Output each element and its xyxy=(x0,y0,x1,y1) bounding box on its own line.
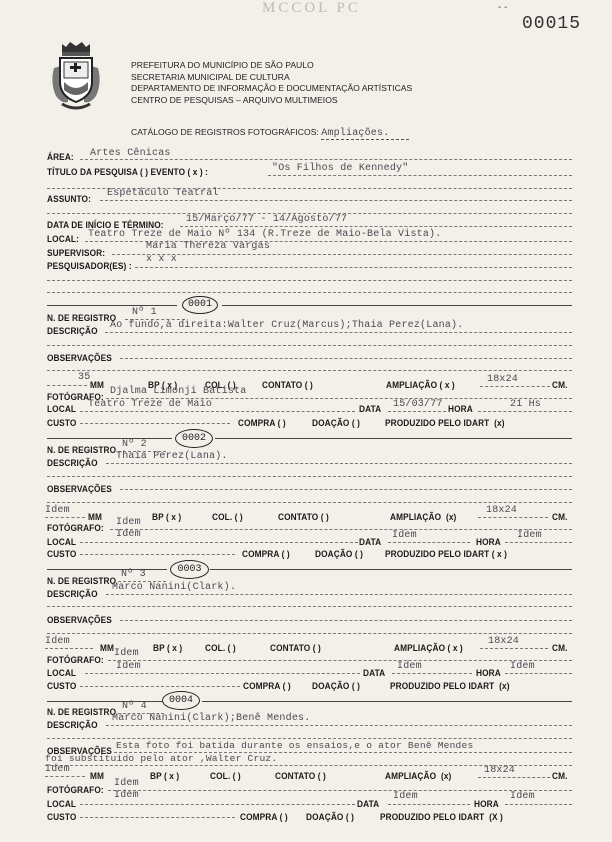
registro-label: N. DE REGISTRO xyxy=(47,576,116,587)
hora-label: HORA xyxy=(474,799,499,810)
local-label: LOCAL: xyxy=(47,234,79,245)
local-label: LOCAL xyxy=(47,537,76,548)
data-value: Idem xyxy=(392,530,417,541)
mm-value: 35 xyxy=(78,372,90,383)
descricao-value: Marco Nanini(Clark). xyxy=(112,582,236,593)
contato-checkbox[interactable]: CONTATO ( ) xyxy=(262,380,313,391)
custo-label: CUSTO xyxy=(47,418,76,429)
observacoes-value-line-2: foi substituido pelo ator ,Walter Cruz. xyxy=(45,753,277,764)
catalog-value: Ampliações. xyxy=(321,128,409,140)
local-value: Teatro Treze de Maio xyxy=(88,399,212,410)
area-value: Artes Cênicas xyxy=(90,148,171,159)
local-label: LOCAL xyxy=(47,404,76,415)
registro-label: N. DE REGISTRO xyxy=(47,313,116,324)
observacoes-label: OBSERVAÇÕES xyxy=(47,484,112,495)
fotografo-value: Idem xyxy=(116,517,141,528)
registro-label: N. DE REGISTRO xyxy=(47,445,116,456)
data-value: 15/03/77 xyxy=(393,399,443,410)
col-checkbox[interactable]: COL. ( ) xyxy=(212,512,243,523)
header-line-3: DEPARTAMENTO DE INFORMAÇÃO E DOCUMENTAÇÃ… xyxy=(131,83,412,95)
fotografo-value: Idem xyxy=(114,778,139,789)
ampliacao-size: 18x24 xyxy=(487,374,518,385)
custo-label: CUSTO xyxy=(47,681,76,692)
produzido-checkbox[interactable]: PRODUZIDO PELO IDART (x) xyxy=(385,418,505,429)
pesquisador-label: PESQUISADOR(ES) : xyxy=(47,261,132,272)
ampliacao-checkbox[interactable]: AMPLIAÇÃO ( x ) xyxy=(386,380,455,391)
header-line-1: PREFEITURA DO MUNICÍPIO DE SÃO PAULO xyxy=(131,60,412,72)
produzido-checkbox[interactable]: PRODUZIDO PELO IDART ( x ) xyxy=(385,549,507,560)
observacoes-label: OBSERVAÇÕES xyxy=(47,615,112,626)
fotografo-value: Idem xyxy=(114,648,139,659)
ampliacao-size: 18x24 xyxy=(486,505,517,516)
data-label: DATA xyxy=(359,537,381,548)
ampliacao-checkbox[interactable]: AMPLIAÇÃO ( x ) xyxy=(394,643,463,654)
doacao-checkbox[interactable]: DOAÇÃO ( ) xyxy=(315,549,363,560)
cm-label: CM. xyxy=(552,512,568,523)
local-value: Idem xyxy=(116,661,141,672)
fotografo-label: FOTÓGRAFO: xyxy=(47,655,104,666)
cm-label: CM. xyxy=(552,380,568,391)
fotografo-label: FOTÓGRAFO: xyxy=(47,523,104,534)
compra-checkbox[interactable]: COMPRA ( ) xyxy=(240,812,288,823)
mm-label: MM xyxy=(90,771,104,782)
hora-value: 21 Hs xyxy=(510,399,541,410)
supervisor-label: SUPERVISOR: xyxy=(47,248,105,259)
hora-value: Idem xyxy=(510,791,535,802)
ampliacao-checkbox[interactable]: AMPLIAÇÃO (x) xyxy=(390,512,456,523)
ampliacao-size: 18x24 xyxy=(488,636,519,647)
fotografo-label: FOTÓGRAFO: xyxy=(47,785,104,796)
descricao-label: DESCRIÇÃO xyxy=(47,458,98,469)
record-circle-number: 0003 xyxy=(170,560,209,579)
catalog-row: CATÁLOGO DE REGISTROS FOTOGRÁFICOS: Ampl… xyxy=(131,127,409,140)
record-circle-number: 0002 xyxy=(175,429,213,448)
registro-value: Nº 2 xyxy=(122,439,147,450)
registro-value: Nº 4 xyxy=(122,701,147,712)
fotografo-value: Djalma Limonji Batista xyxy=(110,386,246,397)
observacoes-label: OBSERVAÇÕES xyxy=(47,353,112,364)
page-number: 00015 xyxy=(522,14,581,34)
local-value: Idem xyxy=(114,790,139,801)
hora-value: Idem xyxy=(510,661,535,672)
area-label: ÁREA: xyxy=(47,152,74,163)
hora-value: Idem xyxy=(517,530,542,541)
titulo-label: TÍTULO DA PESQUISA ( ) EVENTO ( x ) : xyxy=(47,167,208,178)
hora-label: HORA xyxy=(476,668,501,679)
supervisor-value: Maria Thereza Vargas xyxy=(146,241,270,252)
produzido-checkbox[interactable]: PRODUZIDO PELO IDART (X ) xyxy=(380,812,503,823)
top-dashes: - - xyxy=(498,2,507,13)
local-label: LOCAL xyxy=(47,668,76,679)
catalog-label: CATÁLOGO DE REGISTROS FOTOGRÁFICOS: xyxy=(131,127,319,137)
mm-value: Idem xyxy=(45,505,70,516)
contato-checkbox[interactable]: CONTATO ( ) xyxy=(278,512,329,523)
descricao-value: Ao fundo,à direita:Walter Cruz(Marcus);T… xyxy=(110,320,463,331)
local-value: Idem xyxy=(116,529,141,540)
mm-value: Idem xyxy=(45,636,70,647)
record-circle-number: 0004 xyxy=(162,691,200,710)
data-label: DATA xyxy=(357,799,379,810)
descricao-value: Marco Nanini(Clark);Benê Mendes. xyxy=(112,713,310,724)
compra-checkbox[interactable]: COMPRA ( ) xyxy=(242,549,290,560)
contato-checkbox[interactable]: CONTATO ( ) xyxy=(270,643,321,654)
assunto-value: Espetáculo Teatral xyxy=(107,188,219,199)
data-inicio-value: 15/Março/77 - 14/Agosto/77 xyxy=(186,214,347,225)
header-lines: PREFEITURA DO MUNICÍPIO DE SÃO PAULO SEC… xyxy=(131,60,412,106)
top-handwritten-note: MCCOL PC xyxy=(262,0,361,17)
compra-checkbox[interactable]: COMPRA ( ) xyxy=(243,681,291,692)
contato-checkbox[interactable]: CONTATO ( ) xyxy=(275,771,326,782)
mm-label: MM xyxy=(90,380,104,391)
col-checkbox[interactable]: COL. ( ) xyxy=(210,771,241,782)
doacao-checkbox[interactable]: DOAÇÃO ( ) xyxy=(312,418,360,429)
descricao-label: DESCRIÇÃO xyxy=(47,589,98,600)
assunto-label: ASSUNTO: xyxy=(47,194,91,205)
local-value: Teatro Treze de Maio Nº 134 (R.Treze de … xyxy=(88,229,441,240)
registro-label: N. DE REGISTRO xyxy=(47,707,116,718)
data-label: DATA xyxy=(363,668,385,679)
registro-value: Nº 3 xyxy=(121,569,146,580)
doacao-checkbox[interactable]: DOAÇÃO ( ) xyxy=(306,812,354,823)
compra-checkbox[interactable]: COMPRA ( ) xyxy=(238,418,286,429)
pesquisador-value: x x x xyxy=(146,254,177,265)
ampliacao-size: 18x24 xyxy=(484,765,515,776)
mm-label: MM xyxy=(100,643,114,654)
header-line-2: SECRETARIA MUNICIPAL DE CULTURA xyxy=(131,72,412,84)
doacao-checkbox[interactable]: DOAÇÃO ( ) xyxy=(312,681,360,692)
custo-label: CUSTO xyxy=(47,549,76,560)
col-checkbox[interactable]: COL. ( ) xyxy=(205,643,236,654)
data-value: Idem xyxy=(397,661,422,672)
coat-of-arms-icon xyxy=(48,38,104,114)
bp-checkbox[interactable]: BP ( x ) xyxy=(152,512,181,523)
cm-label: CM. xyxy=(552,643,568,654)
mm-label: MM xyxy=(88,512,102,523)
local-label: LOCAL xyxy=(47,799,76,810)
descricao-label: DESCRIÇÃO xyxy=(47,326,98,337)
cm-label: CM. xyxy=(552,771,568,782)
data-label: DATA xyxy=(359,404,381,415)
hora-label: HORA xyxy=(448,404,473,415)
descricao-label: DESCRIÇÃO xyxy=(47,720,98,731)
registro-value: Nº 1 xyxy=(132,307,157,318)
ampliacao-checkbox[interactable]: AMPLIAÇÃO (x) xyxy=(385,771,451,782)
custo-label: CUSTO xyxy=(47,812,76,823)
data-value: Idem xyxy=(393,791,418,802)
produzido-checkbox[interactable]: PRODUZIDO PELO IDART (x) xyxy=(390,681,510,692)
mm-value: Idem xyxy=(45,764,70,775)
titulo-value: "Os Filhos de Kennedy" xyxy=(272,163,408,174)
bp-checkbox[interactable]: BP ( x ) xyxy=(153,643,182,654)
observacoes-value: Esta foto foi batida durante os ensaios,… xyxy=(116,740,473,751)
bp-checkbox[interactable]: BP ( x ) xyxy=(150,771,179,782)
header-line-4: CENTRO DE PESQUISAS – ARQUIVO MULTIMEIOS xyxy=(131,95,412,107)
record-circle-number: 0001 xyxy=(182,296,218,314)
descricao-value: Thaia Perez(Lana). xyxy=(116,451,228,462)
hora-label: HORA xyxy=(476,537,501,548)
